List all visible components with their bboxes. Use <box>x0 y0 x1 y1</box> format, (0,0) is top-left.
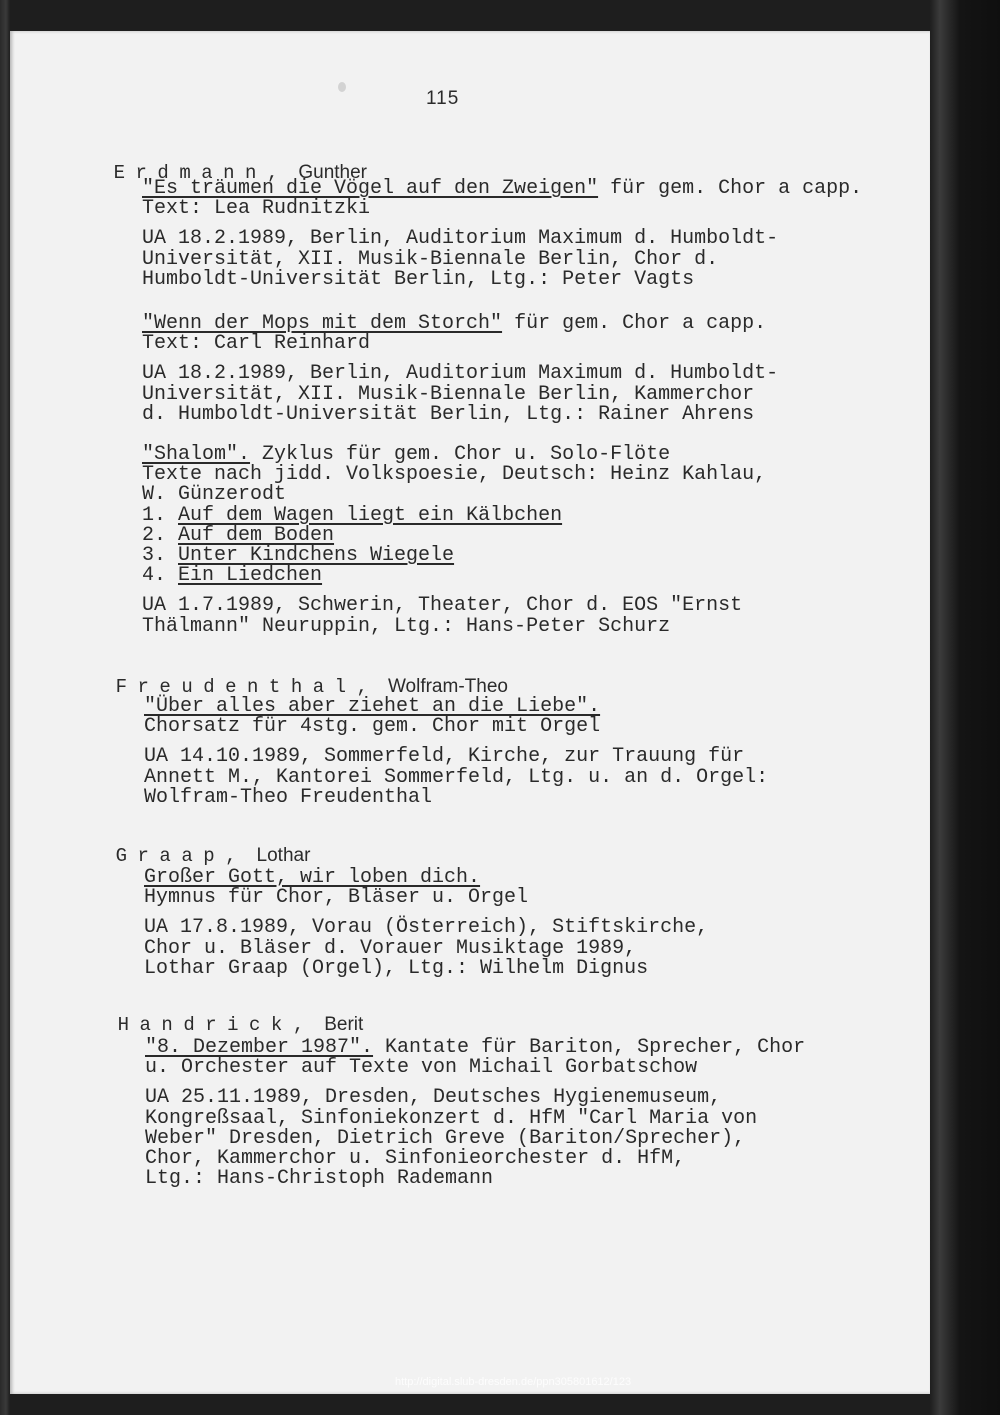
premiere-line: UA 18.2.1989, Berlin, Auditorium Maximum… <box>142 364 778 384</box>
composer-given-name: Lothar <box>257 845 311 866</box>
premiere-line: UA 25.11.1989, Dresden, Deutsches Hygien… <box>145 1088 805 1108</box>
premiere-line: UA 14.10.1989, Sommerfeld, Kirche, zur T… <box>144 747 768 767</box>
work-entry: "Wenn der Mops mit dem Storch" für gem. … <box>142 314 778 425</box>
comma: , <box>293 1014 304 1036</box>
ink-smudge <box>338 82 346 92</box>
composer-given-name: Berit <box>324 1014 363 1035</box>
premiere-line: Universität, XII. Musik-Biennale Berlin,… <box>142 250 862 270</box>
premiere-line: d. Humboldt-Universität Berlin, Ltg.: Ra… <box>142 405 778 425</box>
premiere-line: Universität, XII. Musik-Biennale Berlin,… <box>142 385 778 405</box>
premiere-line: Annett M., Kantorei Sommerfeld, Ltg. u. … <box>144 768 768 788</box>
premiere-line: Kongreßsaal, Sinfoniekonzert d. HfM "Car… <box>145 1109 805 1129</box>
premiere-line: Ltg.: Hans-Christoph Rademann <box>145 1169 805 1189</box>
work-text-credit: Text: Carl Reinhard <box>142 334 778 354</box>
work-scoring: für gem. Chor a capp. <box>598 177 862 200</box>
work-description: u. Orchester auf Texte von Michail Gorba… <box>145 1058 805 1078</box>
movement-item: 1. Auf dem Wagen liegt ein Kälbchen <box>142 506 766 526</box>
work-entry: Großer Gott, wir loben dich. Hymnus für … <box>144 868 708 979</box>
movement-title: Ein Liedchen <box>178 564 322 587</box>
work-description: Hymnus für Chor, Bläser u. Orgel <box>144 888 708 908</box>
source-url-watermark[interactable]: http://digital.slub-dresden.de/ppn305801… <box>395 1376 631 1388</box>
work-entry: "8. Dezember 1987". Kantate für Bariton,… <box>145 1038 805 1189</box>
premiere-line: Wolfram-Theo Freudenthal <box>144 788 768 808</box>
work-entry: "Shalom". Zyklus für gem. Chor u. Solo-F… <box>142 445 766 637</box>
premiere-line: UA 18.2.1989, Berlin, Auditorium Maximum… <box>142 229 862 249</box>
movement-item: 2. Auf dem Boden <box>142 526 766 546</box>
premiere-line: UA 17.8.1989, Vorau (Österreich), Stifts… <box>144 918 708 938</box>
work-entry: "Es träumen die Vögel auf den Zweigen" f… <box>142 179 862 290</box>
composer-surname: Handrick <box>118 1014 293 1036</box>
premiere-line: Chor u. Bläser d. Vorauer Musiktage 1989… <box>144 939 708 959</box>
premiere-line: Humboldt-Universität Berlin, Ltg.: Peter… <box>142 270 862 290</box>
premiere-line: Lothar Graap (Orgel), Ltg.: Wilhelm Dign… <box>144 959 708 979</box>
premiere-line: UA 1.7.1989, Schwerin, Theater, Chor d. … <box>142 596 766 616</box>
composer-surname: Graap <box>116 845 226 867</box>
premiere-line: Chor, Kammerchor u. Sinfonieorchester d.… <box>145 1149 805 1169</box>
page-number: 115 <box>426 88 459 110</box>
premiere-line: Weber" Dresden, Dietrich Greve (Bariton/… <box>145 1129 805 1149</box>
movement-item: 4. Ein Liedchen <box>142 566 766 586</box>
movement-item: 3. Unter Kindchens Wiegele <box>142 546 766 566</box>
work-description: Chorsatz für 4stg. gem. Chor mit Orgel <box>144 717 768 737</box>
composer-given-name: Wolfram-Theo <box>388 676 508 697</box>
scanned-page-background: 115 Erdmann,Gunther "Es träumen die Vöge… <box>0 0 1000 1415</box>
comma: , <box>225 845 236 867</box>
work-entry: "Über alles aber ziehet an die Liebe". C… <box>144 697 768 808</box>
work-text-credit: W. Günzerodt <box>142 485 766 505</box>
work-text-credit: Text: Lea Rudnitzki <box>142 199 862 219</box>
movement-number: 4. <box>142 564 178 587</box>
work-text-credit: Texte nach jidd. Volkspoesie, Deutsch: H… <box>142 465 766 485</box>
work-scoring: für gem. Chor a capp. <box>502 312 766 335</box>
premiere-line: Thälmann" Neuruppin, Ltg.: Hans-Peter Sc… <box>142 617 766 637</box>
